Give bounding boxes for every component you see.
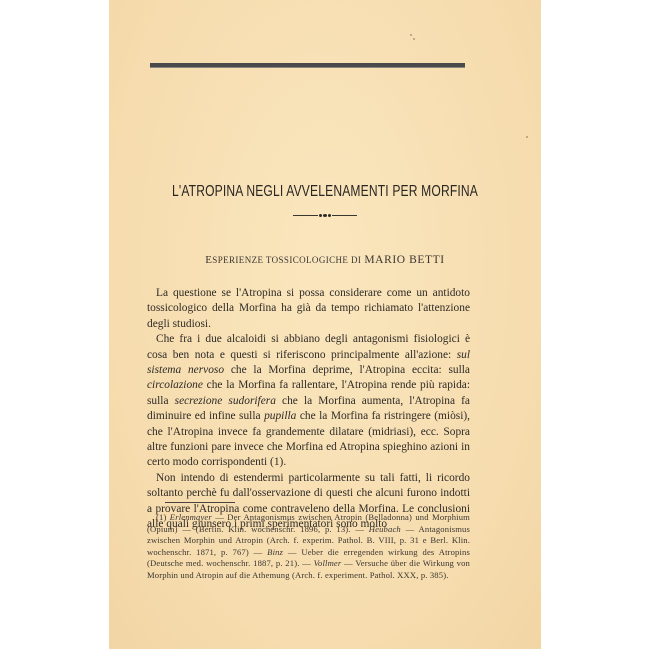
- emphasis-text: Heubach: [369, 524, 401, 534]
- footnotes: (1) Erlenmayer — Der Antagonismus zwisch…: [147, 512, 470, 582]
- text-run: che la Morfina deprime, l'Atropina eccit…: [224, 364, 470, 376]
- emphasis-text: secrezione sudorifera: [175, 395, 276, 407]
- article-title: L'ATROPINA NEGLI AVVELENAMENTI PER MORFI…: [157, 183, 494, 201]
- paper-speck: [413, 38, 415, 40]
- document-page: L'ATROPINA NEGLI AVVELENAMENTI PER MORFI…: [109, 0, 541, 649]
- paper-speck: [410, 34, 412, 36]
- emphasis-text: circolazione: [147, 379, 203, 391]
- byline-subtitle: SPERIENZE TOSSICOLOGICHE DI: [212, 255, 361, 265]
- paper-speck: [526, 136, 528, 138]
- emphasis-text: Erlenmayer: [170, 512, 212, 522]
- footnote-rule: [165, 502, 235, 503]
- header-rule: [150, 63, 465, 68]
- emphasis-text: pupilla: [264, 410, 296, 422]
- emphasis-text: Binz: [267, 547, 283, 557]
- text-run: (1): [156, 512, 170, 522]
- paragraph: Che fra i due alcaloidi si abbiano degli…: [147, 332, 470, 471]
- emphasis-text: Vollmer: [314, 558, 342, 568]
- title-ornament: [293, 213, 357, 219]
- text-run: La questione se l'Atropina si possa cons…: [147, 287, 470, 330]
- article-body: La questione se l'Atropina si possa cons…: [147, 286, 470, 533]
- footnote: (1) Erlenmayer — Der Antagonismus zwisch…: [147, 512, 470, 582]
- paragraph: La questione se l'Atropina si possa cons…: [147, 286, 470, 332]
- byline: ESPERIENZE TOSSICOLOGICHE DI MARIO BETTI: [109, 254, 541, 266]
- author-name: MARIO BETTI: [364, 254, 444, 266]
- text-run: Che fra i due alcaloidi si abbiano degli…: [147, 333, 470, 360]
